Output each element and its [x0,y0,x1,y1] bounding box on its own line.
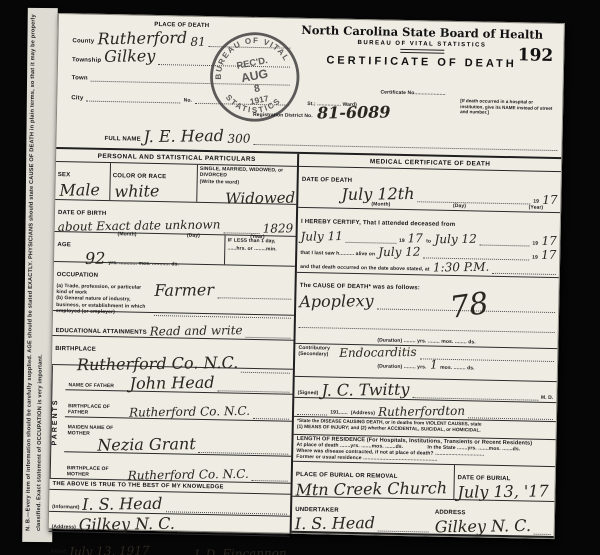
filed-row: Filed July 13, 1917 J. D. Fincannon Regi… [48,532,290,555]
dotted-line [534,527,551,535]
physician-signature: J. C. Twitty [321,382,409,398]
marital-label: SINGLE, MARRIED, WIDOWED, or DIVORCED [200,166,295,180]
to-year-prefix: 19 [532,241,538,247]
dotted-line [223,225,259,234]
town-label: Town [72,75,88,81]
marital-sublabel: (Write the word) [200,178,295,186]
burial-place-cell: PLACE OF BURIAL OR REMOVAL Mtn Creek Chu… [293,461,455,499]
death-certificate-paper: PLACE OF DEATH County Rutherford 81 Town… [48,13,565,539]
mother-name-value: Nezia Grant [97,437,196,453]
if-less-note: IF LESS than 1 day, ......hrs. or ......… [224,235,296,265]
certificate-body: PERSONAL AND STATISTICAL PARTICULARS SEX… [49,147,562,539]
dotted-line [166,505,288,515]
from-year-prefix: 19 [399,238,405,244]
township-value: Gilkey [104,49,155,64]
father-name-label: NAME OF FATHER [68,382,126,389]
last-saw-line: that I last saw h.......... alive on Jul… [300,245,556,261]
dotted-line [378,524,429,533]
date-of-birth-row: DATE OF BIRTH about Exact date unknown 1… [55,200,297,237]
contrib-duration-value: 1 [429,360,437,371]
filed-date-value: July 13, 1917 [69,545,150,555]
date-of-death-label: DATE OF DEATH [302,177,352,184]
undertaker-cell: UNDERTAKER I. S. Head [292,497,432,534]
parents-rows: NAME OF FATHER John Head BIRTHPLACE OF F… [64,365,293,483]
contributory-value: Endocarditis [339,347,416,359]
filed-label: Filed [51,549,66,555]
informant-label: (Informant) [52,504,80,511]
dotted-line [253,411,289,420]
sex-label: SEX [58,172,71,178]
blank-line [299,320,555,333]
death-time-value: 1:30 P.M. [432,262,488,274]
certify-block: I HEREBY CERTIFY, That I attended deceas… [297,208,560,278]
cause-scrawl-mark: 78 [448,290,490,322]
date-of-death-row: DATE OF DEATH July 12th 19 17 (Month) (D… [298,167,561,214]
race-cell: COLOR OR RACE white [110,163,198,202]
undertaker-address-value: Gilkey N. C. [434,519,530,535]
age-label: AGE [57,242,71,248]
township-label: Township [72,57,101,64]
dod-year-value: 17 [542,194,557,205]
county-label: County [72,39,94,45]
sex-value: Male [59,183,100,198]
certificate-header: PLACE OF DEATH County Rutherford 81 Town… [56,14,564,157]
attended-from-date: July 11 [301,231,343,242]
city-label: City [71,95,83,101]
burial-date-cell: DATE OF BURIAL July 13, '17 [454,465,555,501]
cause-value: Apoplexy [299,294,374,309]
last-saw-date: July 12 [378,247,420,258]
dotted-line [252,473,288,482]
birthplace-label: BIRTHPLACE [55,346,96,353]
board-title-block: North Carolina State Board of Health BUR… [294,23,550,71]
dotted-line [217,383,289,392]
address-label: (Address) [52,524,76,530]
certificate-no-label: Certificate No..................... [380,89,445,96]
stamp-day-text: 8 [253,83,261,95]
divider [400,49,444,54]
burial-place-value: Mtn Creek Church [296,481,448,498]
last-saw-year-prefix: 19 [532,255,538,261]
contributory-label: Contributory (Secondary) [298,345,336,358]
cause-line: Apoplexy [299,294,555,314]
contributory-row: Contributory (Secondary) Endocarditis (D… [295,344,557,382]
md-label: M. D. [541,395,554,401]
dotted-line [86,93,180,103]
dotted-line [479,238,529,247]
burial-date-value: July 13, '17 [457,484,548,500]
undertaker-address-cell: ADDRESS Gilkey N. C. [431,500,554,537]
contrib-duration-post: mos. ........ ds. [440,365,475,372]
attended-line: July 11 19 17 to July 12 19 17 [301,231,557,247]
undertaker-address-label: ADDRESS [435,510,466,517]
mother-birthplace-label: BIRTHPLACE OF MOTHER [67,466,125,479]
undertaker-row: UNDERTAKER I. S. Head ADDRESS Gilkey N. … [292,497,555,539]
father-name-value: John Head [129,375,214,391]
last-saw-label: that I last saw h.......... alive on [300,250,375,257]
physician-address-value: Rutherfordton [378,406,465,418]
informant-value: I. S. Head [83,497,163,513]
contrib-duration-pre: (Duration) ........ yrs. [377,363,426,370]
age-cell: AGE 92 yrs. ............ mos. ..........… [54,232,225,264]
attended-to-date: July 12 [434,234,476,245]
education-label: EDUCATIONAL ATTAINMENTS [56,328,147,336]
undertaker-value: I. S. Head [295,516,375,532]
dotted-line [153,549,191,555]
dod-value: July 12th [341,187,414,202]
physician-address-label: (Address) [351,410,375,416]
sex-race-marital-row: SEX Male COLOR OR RACE white SINGLE, MAR… [55,162,297,205]
sex-cell: SEX Male [55,162,111,200]
cause-of-death-block: The CAUSE OF DEATH* was as follows: Apop… [296,273,559,350]
dotted-line [412,390,538,401]
dotted-line [468,410,553,420]
death-occurred-label: and that death occurred on the date abov… [300,264,429,273]
marital-cell: SINGLE, MARRIED, WIDOWED, or DIVORCED (W… [197,165,297,204]
cause-label: The CAUSE OF DEATH* was as follows: [300,283,420,291]
no-label: No. [184,97,192,103]
burial-row: PLACE OF BURIAL OR REMOVAL Mtn Creek Chu… [293,461,555,502]
dotted-line [253,137,557,151]
race-value: white [114,184,159,199]
dob-value: about Exact date unknown [58,219,221,232]
dotted-line [346,235,396,244]
dotted-line [199,445,289,455]
county-value: Rutherford [97,31,187,47]
age-row: AGE 92 yrs. ............ mos. ..........… [54,232,296,267]
form-number: 192 [518,45,554,66]
year-caption: (Year) [529,205,544,211]
day-caption: (Day) [453,203,466,209]
burial-date-label: DATE OF BURIAL [457,475,510,482]
full-name-row: FULL NAME J. E. Head 300 [104,128,557,151]
margin-note-text: N. B.—Every item of information should b… [22,8,51,534]
attended-to-year: 17 [541,236,556,247]
dotted-line [297,407,327,416]
medical-certificate-column: MEDICAL CERTIFICATE OF DEATH DATE OF DEA… [292,154,561,539]
father-birthplace-label: BIRTHPLACE OF FATHER [68,403,126,416]
full-name-label: FULL NAME [104,136,140,143]
occupation-row: OCCUPATION (a) Trade, profession, or par… [53,262,295,316]
address-year-prefix: 191...... [330,410,348,416]
dotted-line [217,291,292,300]
dob-year-value: 1829 [262,223,293,234]
mother-birthplace-value: Rutherford Co. N.C. [128,468,249,481]
registration-district-label: Registration District No. [253,112,313,119]
dotted-line [299,320,555,333]
informant-address-value: Gilkey N. C. [79,517,175,533]
occupation-a-value: Farmer [154,283,214,298]
dob-label: DATE OF BIRTH [58,210,107,217]
death-time-line: and that death occurred on the date abov… [300,259,556,275]
mother-birthplace-row: BIRTHPLACE OF MOTHER Rutherford Co. N.C. [64,453,292,484]
certify-statement: I HEREBY CERTIFY, That I attended deceas… [301,219,455,228]
scanned-record-background: N. B.—Every item of information should b… [0,0,600,555]
education-value: Read and write [150,325,243,337]
mother-name-row: MAIDEN NAME OF MOTHER Nezia Grant [64,417,292,457]
father-birthplace-value: Rutherford Co. N.C. [129,406,250,419]
personal-particulars-column: PERSONAL AND STATISTICAL PARTICULARS SEX… [49,149,300,534]
hospital-instruction-note: [If death occurred in a hospital or inst… [460,98,556,117]
occupation-label: OCCUPATION [57,272,99,279]
dotted-line [492,266,556,275]
attended-from-year: 17 [408,233,423,244]
parents-block: PARENTS NAME OF FATHER John Head BIRTHPL… [50,365,293,484]
race-label: COLOR OR RACE [113,173,167,180]
full-name-number: 300 [227,134,250,145]
last-saw-year: 17 [541,250,556,261]
to-word: to [426,239,431,245]
certificate-title: CERTIFICATE OF DEATH [294,54,549,71]
dotted-line [246,330,291,339]
signed-label: (Signed) [298,390,319,396]
dotted-line [178,525,287,535]
full-name-value: J. E. Head [144,129,225,145]
